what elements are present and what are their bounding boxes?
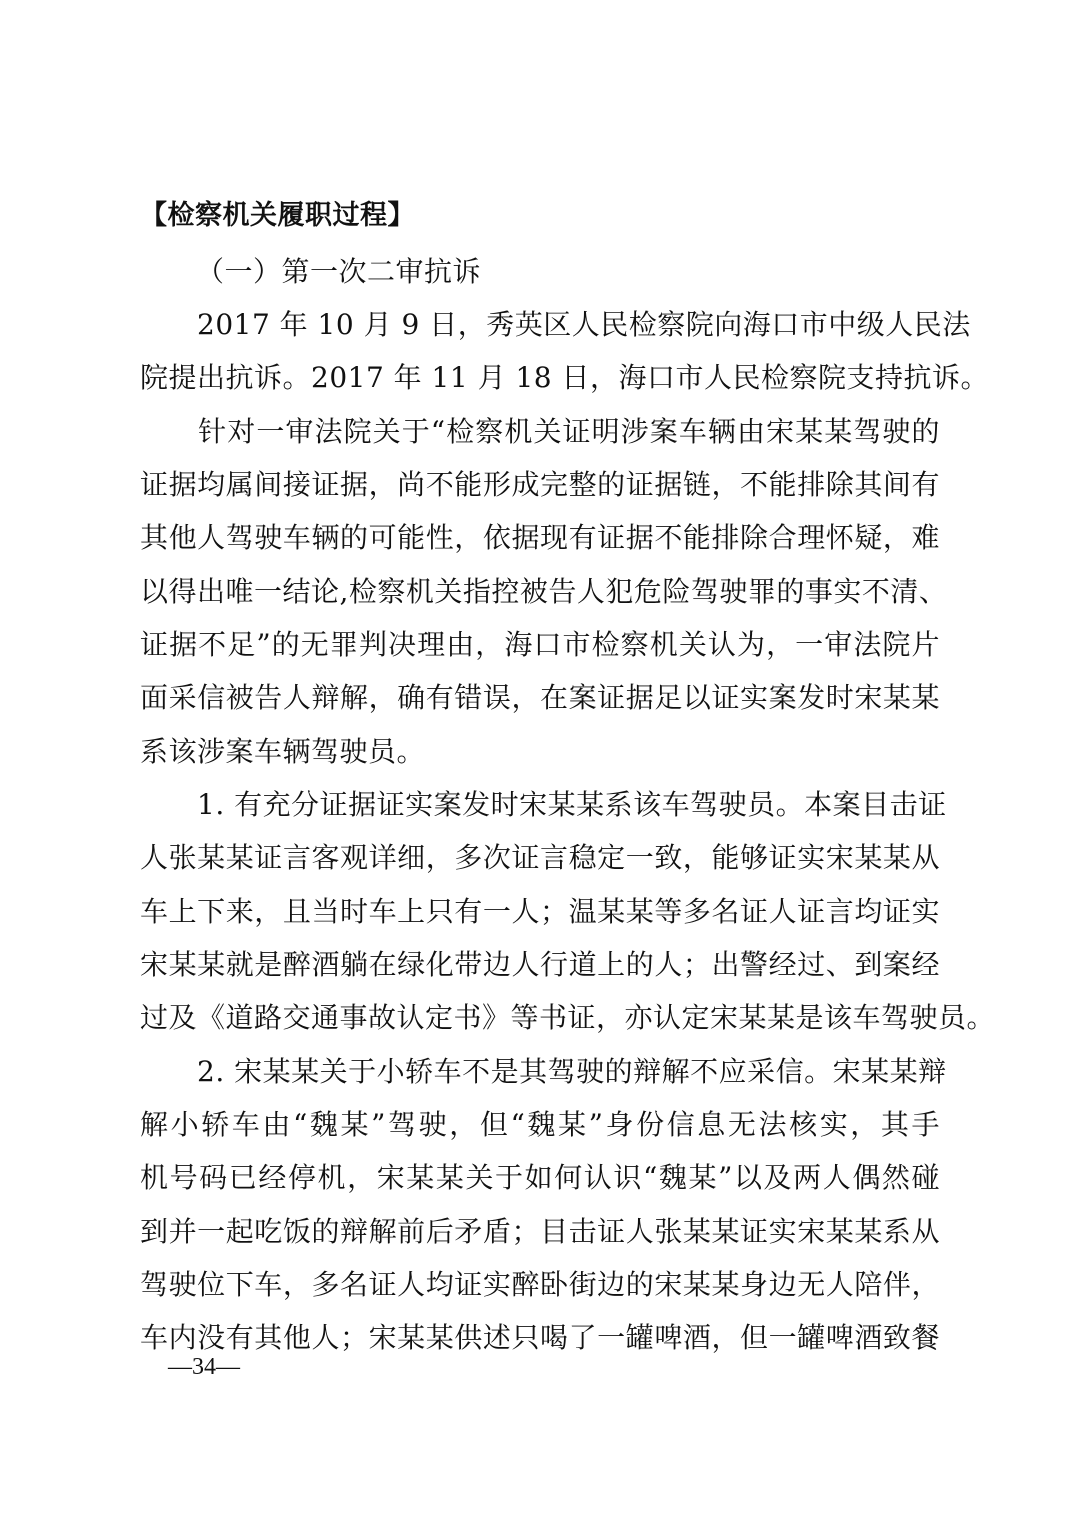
paragraph-line: 到并一起吃饭的辩解前后矛盾；目击证人张某某证实宋某某系从 [140, 1212, 940, 1252]
paragraph-line: 以得出唯一结论,检察机关指控被告人犯危险驾驶罪的事实不清、 [140, 572, 940, 612]
paragraph-line: 证据不足”的无罪判决理由，海口市检察机关认为，一审法院片 [140, 625, 940, 665]
paragraph-line: 车内没有其他人；宋某某供述只喝了一罐啤酒，但一罐啤酒致餐 [140, 1318, 940, 1358]
paragraph-line: 面采信被告人辩解，确有错误，在案证据足以证实案发时宋某某 [140, 678, 940, 718]
paragraph-line: 2. 宋某某关于小轿车不是其驾驶的辩解不应采信。宋某某辩 [140, 1052, 940, 1092]
paragraph-line: 1. 有充分证据证实案发时宋某某系该车驾驶员。本案目击证 [140, 785, 940, 825]
paragraph-line: 机号码已经停机，宋某某关于如何认识“魏某”以及两人偶然碰 [140, 1158, 940, 1198]
paragraph-line: 宋某某就是醉酒躺在绿化带边人行道上的人；出警经过、到案经 [140, 945, 940, 985]
paragraph-line: 解小轿车由“魏某”驾驶，但“魏某”身份信息无法核实，其手 [140, 1105, 940, 1145]
paragraph-line: 车上下来，且当时车上只有一人；温某某等多名证人证言均证实 [140, 892, 940, 932]
subsection-heading: （一）第一次二审抗诉 [196, 252, 536, 292]
paragraph-line: 过及《道路交通事故认定书》等书证，亦认定宋某某是该车驾驶员。 [140, 998, 940, 1038]
paragraph-line: 系该涉案车辆驾驶员。 [140, 732, 940, 772]
paragraph-line: 院提出抗诉。2017 年 11 月 18 日，海口市人民检察院支持抗诉。 [140, 358, 940, 398]
document-page: 【检察机关履职过程】 （一）第一次二审抗诉 2017 年 10 月 9 日，秀英… [0, 0, 1074, 1520]
paragraph-line: 驾驶位下车，多名证人均证实醉卧街边的宋某某身边无人陪伴， [140, 1265, 940, 1305]
paragraph-line: 2017 年 10 月 9 日，秀英区人民检察院向海口市中级人民法 [140, 305, 940, 345]
paragraph-line: 针对一审法院关于“检察机关证明涉案车辆由宋某某驾驶的 [140, 412, 940, 452]
section-heading: 【检察机关履职过程】 [140, 196, 940, 236]
paragraph-line: 证据均属间接证据，尚不能形成完整的证据链，不能排除其间有 [140, 465, 940, 505]
paragraph-line: 人张某某证言客观详细，多次证言稳定一致，能够证实宋某某从 [140, 838, 940, 878]
page-number: —34— [168, 1352, 240, 1382]
paragraph-line: 其他人驾驶车辆的可能性，依据现有证据不能排除合理怀疑，难 [140, 518, 940, 558]
